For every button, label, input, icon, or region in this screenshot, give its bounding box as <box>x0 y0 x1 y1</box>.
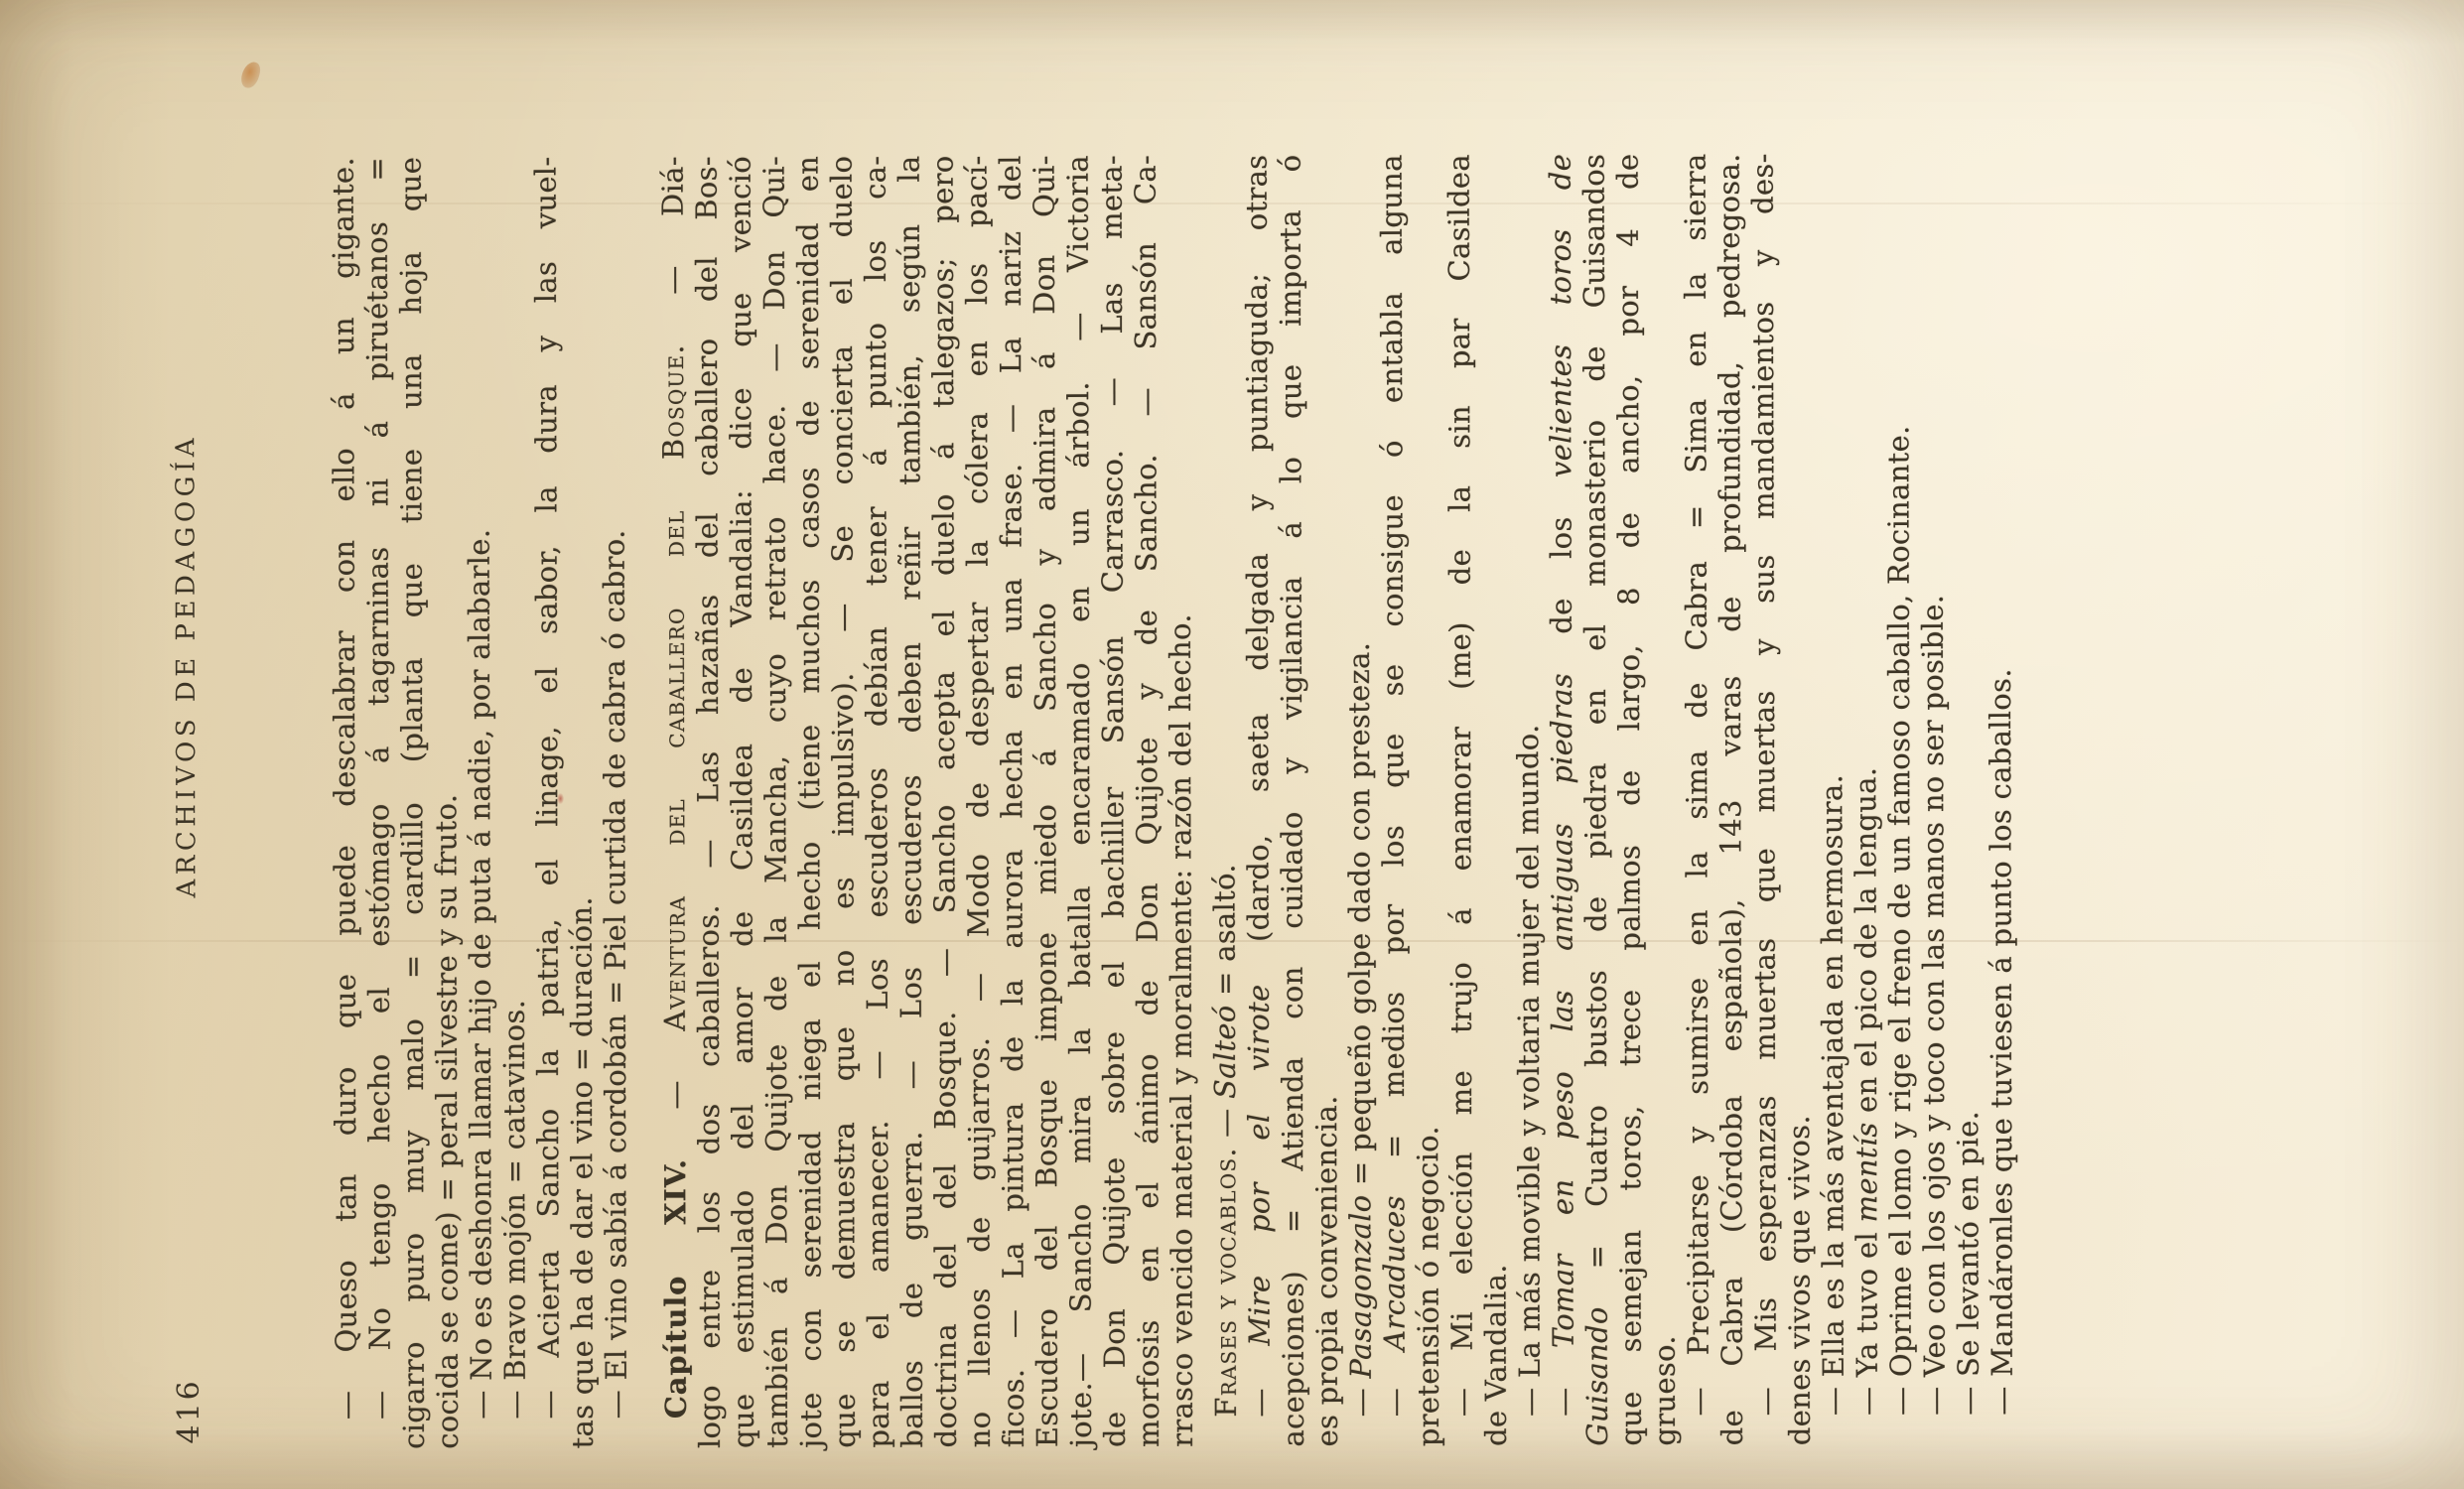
text-line: — Pasagonzalo = pequeño golpe dado con p… <box>1340 154 1377 1446</box>
text-line: de Don Quijote sobre el bachiller Sansón… <box>1094 155 1131 1447</box>
text-line: que se demuestra que no es impulsivo). —… <box>824 156 861 1448</box>
text-line: — Se levantó en pie. <box>1948 153 1985 1445</box>
scanned-page: 416 ARCHIVOS DE PEDAGOGÍA — Queso tan du… <box>0 0 2464 1486</box>
text-line: de Vandalia. <box>1475 154 1512 1446</box>
text-line: cigarro puro muy malo = cardillo (planta… <box>393 157 430 1449</box>
text-line: Frases y vocablos. — Salteó = asaltó. <box>1205 155 1242 1447</box>
text-line: — Acierta Sancho la patria, el linage, e… <box>528 157 565 1449</box>
text-line: de Cabra (Córdoba española), 143 varas d… <box>1711 153 1748 1445</box>
text-line: tas que ha de dar el vino = duración. <box>562 156 599 1448</box>
text-line: — Arcaduces = medios por los que se cons… <box>1374 154 1411 1446</box>
text-line: Guisando = Cuatro bustos de piedra en el… <box>1576 154 1613 1446</box>
text-line: — El vino sabía á cordobán = Piel curtid… <box>596 156 632 1448</box>
text-line: — Ya tuvo el mentís en el pico de la len… <box>1847 153 1883 1445</box>
text-line: ballos de guerra. — Los escuderos deben … <box>891 156 928 1448</box>
text-line: — Bravo mojón = catavinos. <box>494 157 531 1449</box>
text-line: — Ella es la más aventajada en hermosura… <box>1813 153 1849 1445</box>
text-line: para el amanecer. — Los escuderos debían… <box>858 156 894 1448</box>
text-line: — No tengo hecho el estómago á tagarnina… <box>359 157 396 1449</box>
text-line: denes vivos que vivos. <box>1779 153 1816 1445</box>
text-line: Escudero del Bosque impone miedo á Sanch… <box>1027 155 1063 1447</box>
text-line: — Mire por el virote (dardo, saeta delga… <box>1239 155 1276 1447</box>
text-line: — Mis esperanzas muertas que muertas y s… <box>1745 153 1782 1445</box>
text-line: grueso. <box>1644 154 1681 1446</box>
text-line: — La más movible y voltaria mujer del mu… <box>1509 154 1546 1446</box>
text-line: que estimulado del amor de Casildea de V… <box>723 156 759 1448</box>
journal-title: ARCHIVOS DE PEDAGOGÍA <box>171 434 202 898</box>
page-sheet: 416 ARCHIVOS DE PEDAGOGÍA — Queso tan du… <box>0 0 2464 1489</box>
text-line: no llenos de guijarros. — Modo de desper… <box>959 155 996 1447</box>
text-line: Capítulo XIV. — Aventura del caballero d… <box>655 156 692 1448</box>
text-line: — Queso tan duro que puede descalabrar c… <box>326 157 362 1449</box>
text-line: ficos. — La pintura de la aurora hecha e… <box>993 155 1029 1447</box>
text-line: — Precipitarse y sumirse en la sima de C… <box>1678 153 1714 1445</box>
page-header: 416 ARCHIVOS DE PEDAGOGÍA <box>164 0 211 1486</box>
text-line: acepciones) = Atienda con cuidado y vigi… <box>1273 155 1309 1447</box>
text-line: logo entre los dos caballeros. — Las haz… <box>689 156 726 1448</box>
text-line: morfosis en el ánimo de Don Quijote y de… <box>1128 155 1164 1447</box>
text-line: cocida se come) = peral silvestre y su f… <box>427 157 464 1449</box>
body-text: — Queso tan duro que puede descalabrar c… <box>326 153 2018 1449</box>
text-line: es propia conveniencia. <box>1306 154 1343 1446</box>
text-line: — Oprime el lomo y rige el freno de un f… <box>1880 153 1917 1445</box>
text-line: — Mandáronles que tuviesen á punto los c… <box>1982 153 2018 1445</box>
page-number: 416 <box>172 1378 206 1443</box>
text-line: jote.— Sancho mira la batalla encaramado… <box>1060 155 1097 1447</box>
text-line: — No es deshonra llamar hijo de puta á n… <box>461 157 497 1449</box>
text-line: doctrina del del Bosque. — Sancho acepta… <box>925 155 962 1447</box>
text-line: — Tomar en peso las antiguas piedras de … <box>1543 154 1579 1446</box>
text-line: también á Don Quijote de la Mancha, cuyo… <box>756 156 793 1448</box>
text-line: — Mi elección me trujo á enamorar (me) d… <box>1441 154 1478 1446</box>
text-line: que semejan toros, trece palmos de largo… <box>1610 154 1647 1446</box>
text-line: — Veo con los ojos y toco con las manos … <box>1914 153 1951 1445</box>
text-line: jote con serenidad niega el hecho (tiene… <box>790 156 827 1448</box>
text-line: rrasco vencido material y moralmente: ra… <box>1162 155 1198 1447</box>
text-line: pretensión ó negocio. <box>1408 154 1444 1446</box>
